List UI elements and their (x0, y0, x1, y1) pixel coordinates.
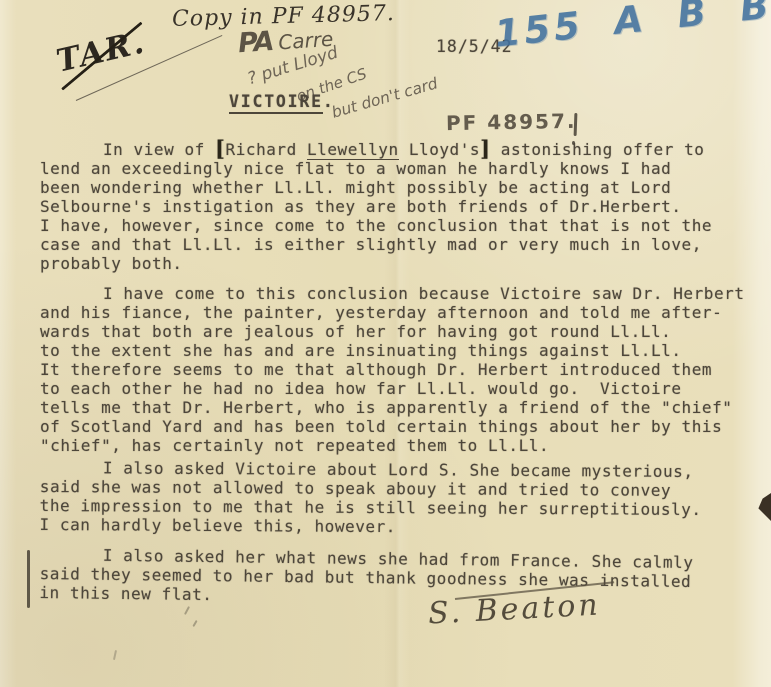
body-line: lend an exceedingly nice flat to a woman… (40, 159, 740, 178)
body-line: It therefore seems to me that although D… (40, 360, 740, 379)
paragraph-2: I have come to this conclusion because V… (40, 284, 740, 455)
body-line: been wondering whether Ll.Ll. might poss… (40, 178, 740, 197)
margin-emphasis-line (27, 550, 30, 608)
body-line: "chief", has certainly not repeated them… (40, 436, 740, 455)
inserted-bracket-close: ] (480, 136, 491, 161)
body-line: wards that both are jealous of her for h… (40, 322, 740, 341)
inserted-bracket-open: [ (215, 136, 226, 161)
pencil-smudge (192, 620, 197, 627)
body-line: probably both. (40, 254, 740, 273)
document-page: Copy in PF 48957. TAR. PACarre ? put Llo… (0, 0, 771, 687)
line-text: Lloyd's (399, 140, 480, 159)
title-text: VICTOIRE (229, 92, 323, 114)
body-line: Selbourne's instigation as they are both… (40, 197, 740, 216)
document-title: VICTOIRE. (229, 92, 335, 111)
body-line: of Scotland Yard and has been told certa… (40, 417, 740, 436)
body-line: I have come to this conclusion because V… (40, 284, 740, 303)
paragraph-3: I also asked Victoire about Lord S. She … (40, 458, 740, 538)
blue-file-reference: 155 A B B (493, 0, 771, 56)
body-line: to the extent she has and are insinuatin… (40, 341, 740, 360)
paragraph-1: In view of [Richard Llewellyn Lloyd's] a… (40, 138, 740, 273)
tar-initials-annotation: TAR. (53, 24, 149, 79)
body-line: and his fiance, the painter, yesterday a… (40, 303, 740, 322)
underlined-name: Llewellyn (307, 140, 399, 160)
pf-number-annotation: PF 48957. (446, 109, 577, 135)
pencil-smudge (184, 606, 190, 615)
paragraph-4: I also asked her what news she had from … (39, 545, 740, 611)
body-line: I have, however, since come to the concl… (40, 216, 740, 235)
body-line: to each other he had no idea how far Ll.… (40, 379, 740, 398)
body-line: In view of [Richard Llewellyn Lloyd's] a… (40, 138, 740, 159)
title-period: . (323, 92, 335, 111)
body-line: tells me that Dr. Herbert, who is appare… (40, 398, 740, 417)
edge-tear-mark (757, 493, 771, 521)
pencil-smudge (113, 650, 117, 660)
body-line: case and that Ll.Ll. is either slightly … (40, 235, 740, 254)
pa-initials: PA (237, 26, 273, 59)
line-text: Richard (226, 140, 307, 159)
line-text: In view of (103, 140, 215, 159)
line-text: astonishing offer to (491, 140, 705, 159)
